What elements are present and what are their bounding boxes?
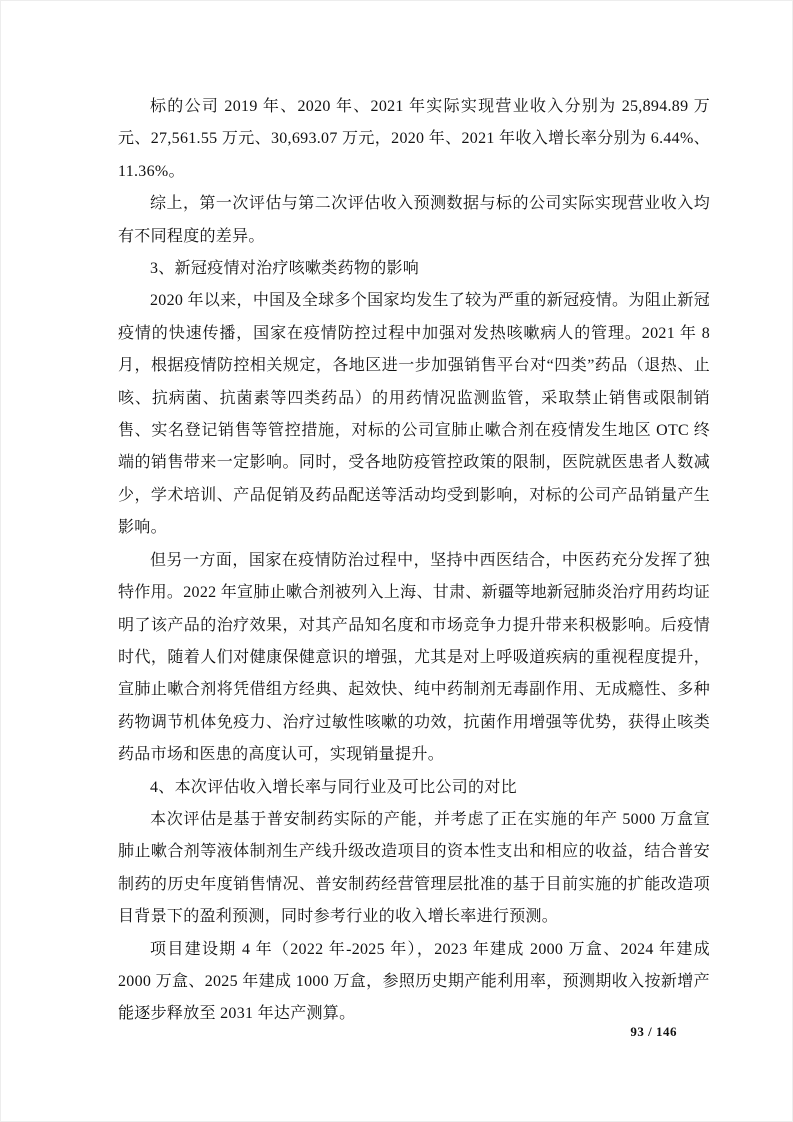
document-page: 标的公司 2019 年、2020 年、2021 年实际实现营业收入分别为 25,… [0, 0, 793, 1122]
document-body: 标的公司 2019 年、2020 年、2021 年实际实现营业收入分别为 25,… [118, 91, 710, 1031]
paragraph-revenue-actuals: 标的公司 2019 年、2020 年、2021 年实际实现营业收入分别为 25,… [118, 91, 710, 188]
paragraph-summary-difference: 综上，第一次评估与第二次评估收入预测数据与标的公司实际实现营业收入均有不同程度的… [118, 188, 710, 253]
section-heading-growth-rate-comparison: 4、本次评估收入增长率与同行业及可比公司的对比 [118, 772, 710, 804]
paragraph-tcm-advantages: 但另一方面，国家在疫情防治过程中，坚持中西医结合，中医药充分发挥了独特作用。20… [118, 545, 710, 772]
paragraph-project-schedule: 项目建设期 4 年（2022 年-2025 年），2023 年建成 2000 万… [118, 934, 710, 1031]
page-number: 93 / 146 [630, 1024, 677, 1040]
paragraph-covid-control-measures: 2020 年以来，中国及全球多个国家均发生了较为严重的新冠疫情。为阻止新冠疫情的… [118, 285, 710, 544]
paragraph-assessment-basis: 本次评估是基于普安制药实际的产能，并考虑了正在实施的年产 5000 万盒宣肺止嗽… [118, 804, 710, 934]
section-heading-covid-impact: 3、新冠疫情对治疗咳嗽类药物的影响 [118, 253, 710, 285]
